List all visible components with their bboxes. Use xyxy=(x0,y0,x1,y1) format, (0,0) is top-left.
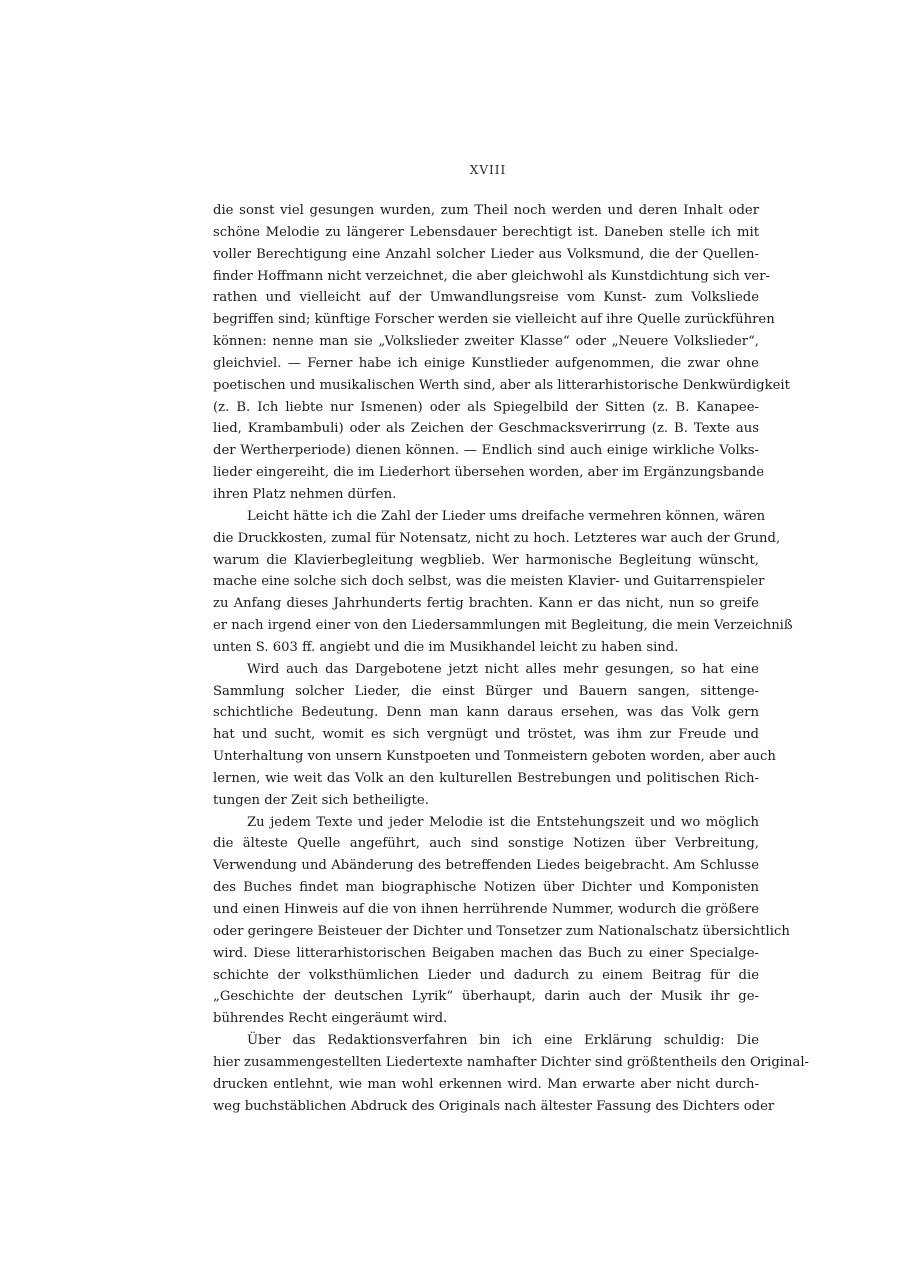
text-line: tungen der Zeit sich betheiligte. xyxy=(213,790,759,812)
text-line: unten S. 603 ff. angiebt und die im Musi… xyxy=(213,637,759,659)
page-number: XVIII xyxy=(0,163,900,177)
text-line: Über das Redaktionsverfahren bin ich ein… xyxy=(213,1030,759,1052)
text-line: zu Anfang dieses Jahrhunderts fertig bra… xyxy=(213,593,759,615)
text-line: rathen und vielleicht auf der Umwandlung… xyxy=(213,287,759,309)
text-line: können: nenne man sie „Volkslieder zweit… xyxy=(213,331,759,353)
paragraph: die sonst viel gesungen wurden, zum Thei… xyxy=(213,200,759,506)
paragraph: Leicht hätte ich die Zahl der Lieder ums… xyxy=(213,506,759,659)
text-line: Zu jedem Texte und jeder Melodie ist die… xyxy=(213,812,759,834)
text-line: und einen Hinweis auf die von ihnen herr… xyxy=(213,899,759,921)
text-line: finder Hoffmann nicht verzeichnet, die a… xyxy=(213,266,759,288)
text-line: die sonst viel gesungen wurden, zum Thei… xyxy=(213,200,759,222)
text-line: der Wertherperiode) dienen können. — End… xyxy=(213,440,759,462)
paragraph: Zu jedem Texte und jeder Melodie ist die… xyxy=(213,812,759,1030)
text-line: des Buches findet man biographische Noti… xyxy=(213,877,759,899)
text-line: ihren Platz nehmen dürfen. xyxy=(213,484,759,506)
text-line: (z. B. Ich liebte nur Ismenen) oder als … xyxy=(213,397,759,419)
text-line: hier zusammengestellten Liedertexte namh… xyxy=(213,1052,759,1074)
text-line: schichtliche Bedeutung. Denn man kann da… xyxy=(213,702,759,724)
book-page: XVIII die sonst viel gesungen wurden, zu… xyxy=(0,0,900,1274)
text-line: lied, Krambambuli) oder als Zeichen der … xyxy=(213,418,759,440)
text-line: hat und sucht, womit es sich vergnügt un… xyxy=(213,724,759,746)
text-line: warum die Klavierbegleitung wegblieb. We… xyxy=(213,550,759,572)
text-line: weg buchstäblichen Abdruck des Originals… xyxy=(213,1096,759,1118)
text-line: poetischen und musikalischen Werth sind,… xyxy=(213,375,759,397)
text-line: lieder eingereiht, die im Liederhort übe… xyxy=(213,462,759,484)
paragraph: Wird auch das Dargebotene jetzt nicht al… xyxy=(213,659,759,812)
text-line: Verwendung und Abänderung des betreffend… xyxy=(213,855,759,877)
body-text: die sonst viel gesungen wurden, zum Thei… xyxy=(213,200,759,1117)
text-line: begriffen sind; künftige Forscher werden… xyxy=(213,309,759,331)
text-line: Unterhaltung von unsern Kunstpoeten und … xyxy=(213,746,759,768)
text-line: gleichviel. — Ferner habe ich einige Kun… xyxy=(213,353,759,375)
text-line: voller Berechtigung eine Anzahl solcher … xyxy=(213,244,759,266)
text-line: drucken entlehnt, wie man wohl erkennen … xyxy=(213,1074,759,1096)
text-line: oder geringere Beisteuer der Dichter und… xyxy=(213,921,759,943)
text-line: Sammlung solcher Lieder, die einst Bürge… xyxy=(213,681,759,703)
text-line: schöne Melodie zu längerer Lebensdauer b… xyxy=(213,222,759,244)
text-line: lernen, wie weit das Volk an den kulture… xyxy=(213,768,759,790)
text-line: schichte der volksthümlichen Lieder und … xyxy=(213,965,759,987)
text-line: bührendes Recht eingeräumt wird. xyxy=(213,1008,759,1030)
text-line: die Druckkosten, zumal für Notensatz, ni… xyxy=(213,528,759,550)
text-line: er nach irgend einer von den Liedersamml… xyxy=(213,615,759,637)
paragraph: Über das Redaktionsverfahren bin ich ein… xyxy=(213,1030,759,1117)
text-line: mache eine solche sich doch selbst, was … xyxy=(213,571,759,593)
text-line: die älteste Quelle angeführt, auch sind … xyxy=(213,833,759,855)
text-line: Leicht hätte ich die Zahl der Lieder ums… xyxy=(213,506,759,528)
text-line: wird. Diese litterarhistorischen Beigabe… xyxy=(213,943,759,965)
text-line: Wird auch das Dargebotene jetzt nicht al… xyxy=(213,659,759,681)
text-line: „Geschichte der deutschen Lyrik“ überhau… xyxy=(213,986,759,1008)
